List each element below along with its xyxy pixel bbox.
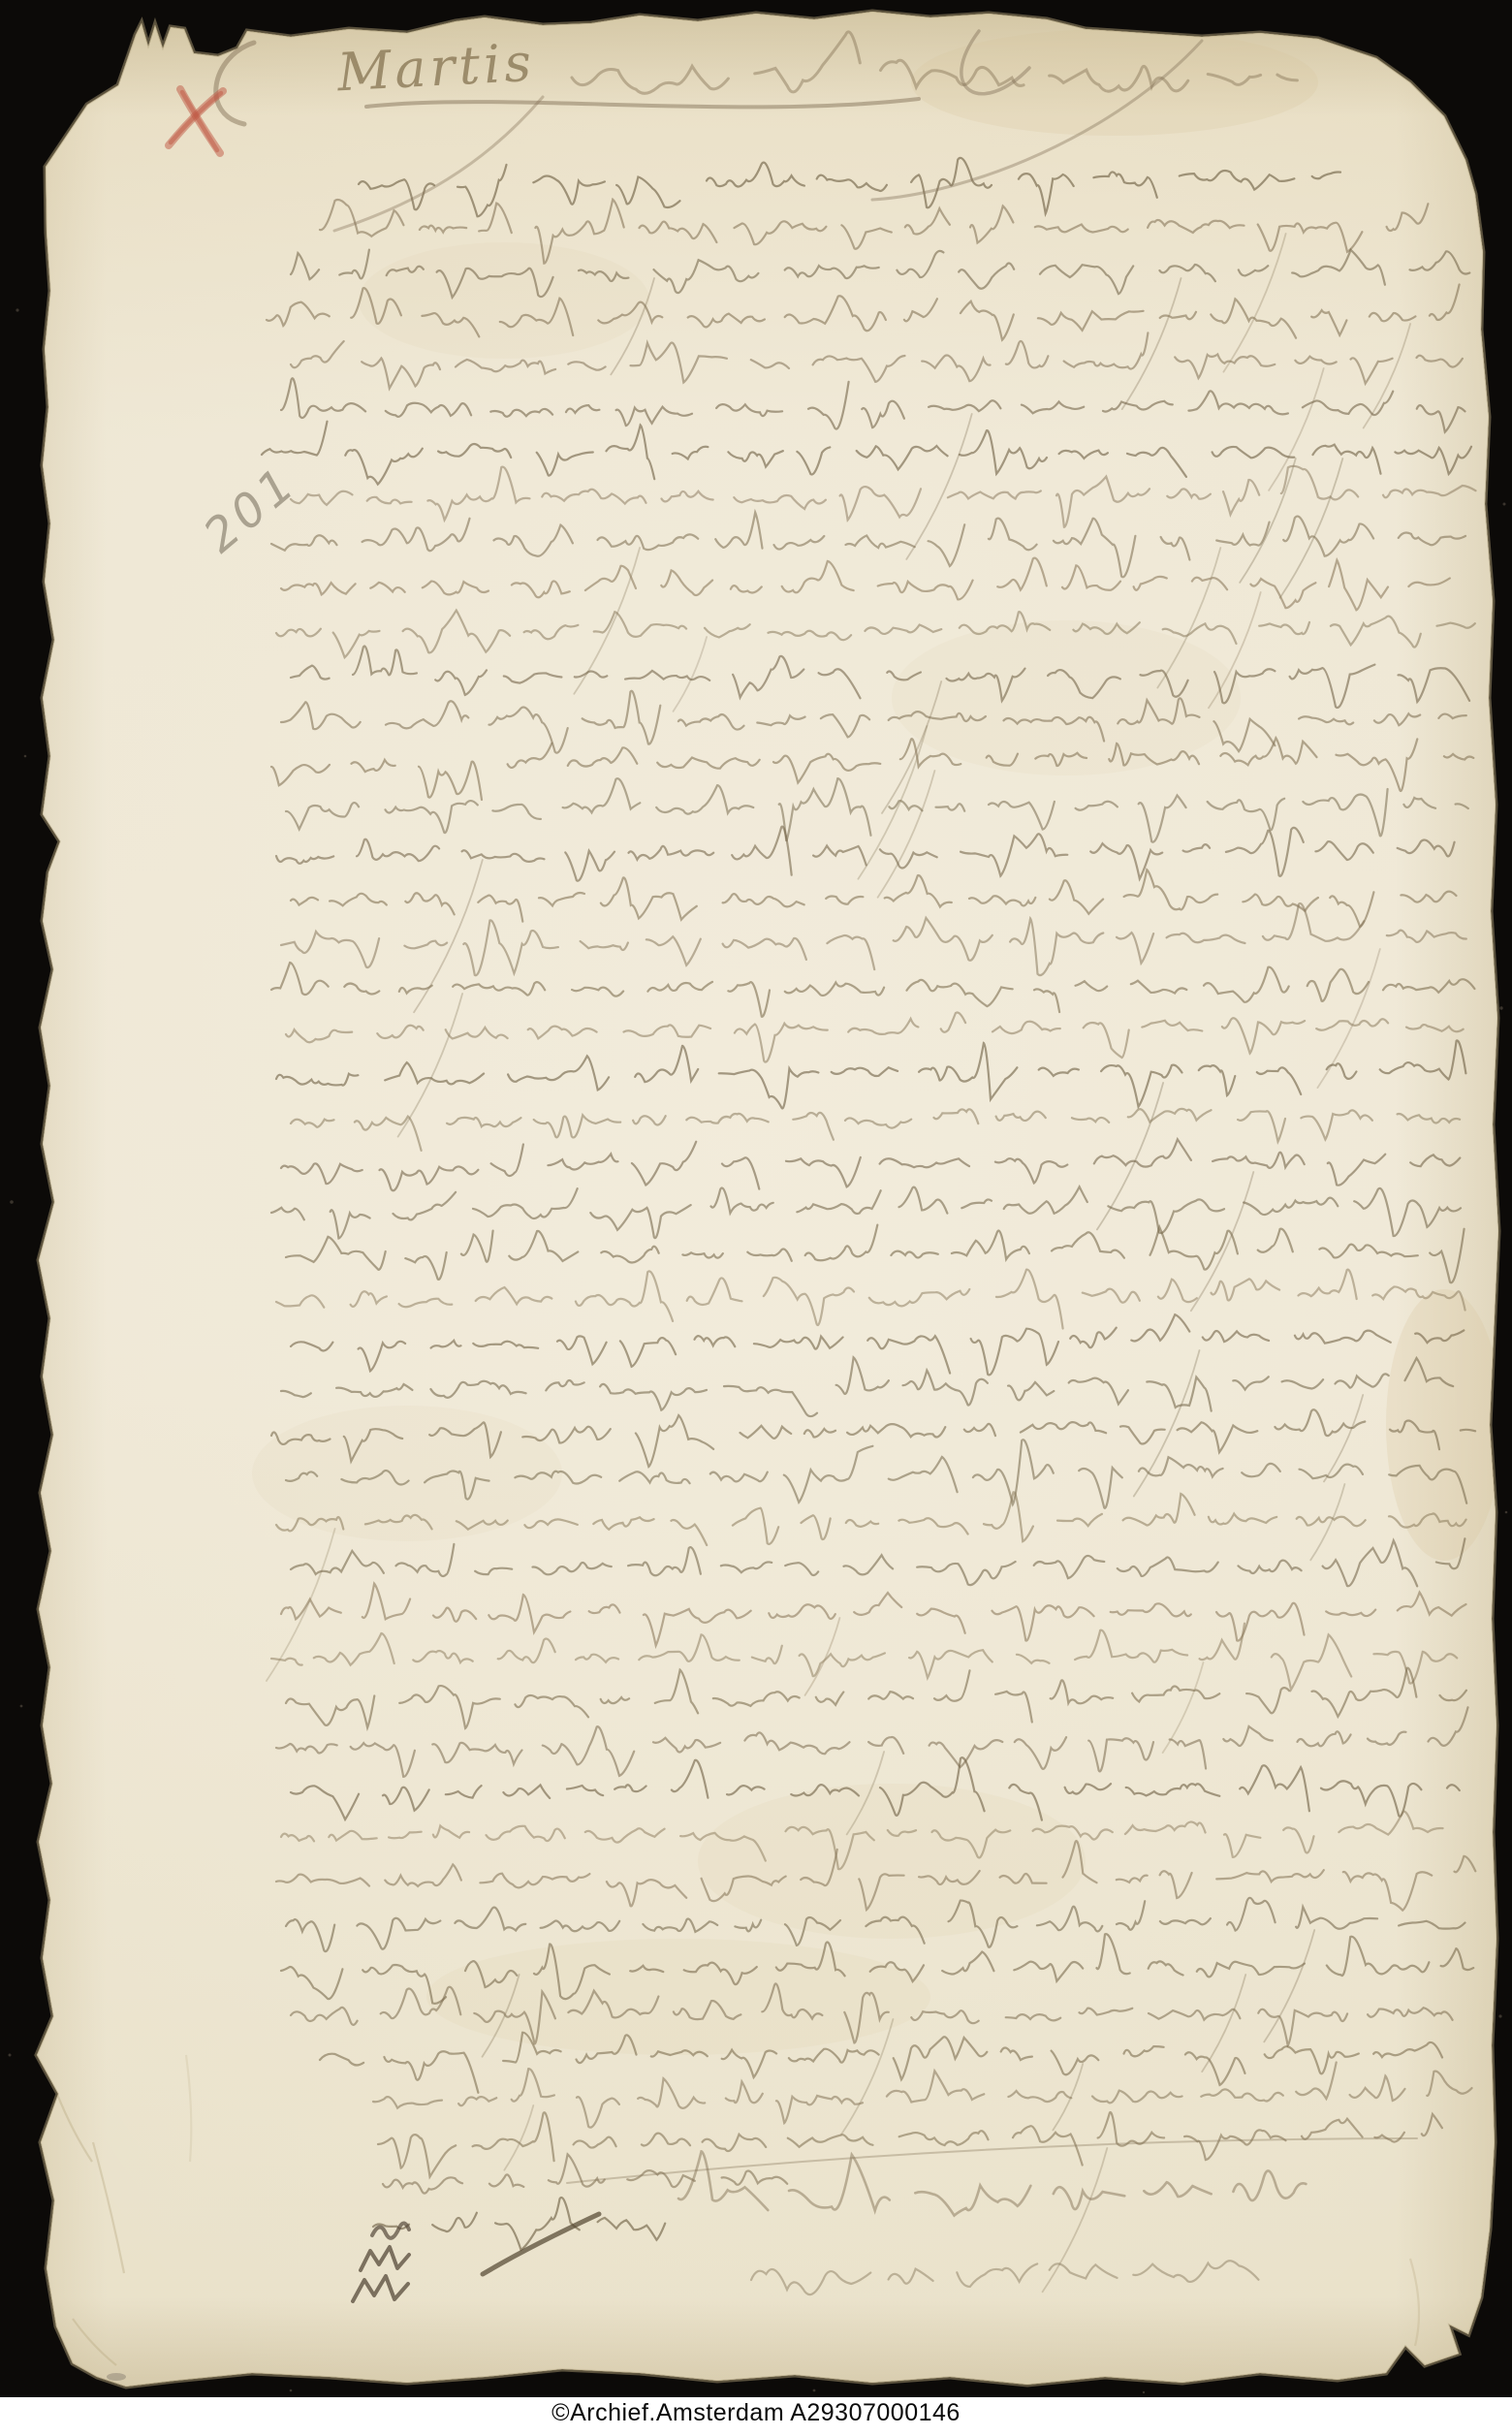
- manuscript-photo-svg: Martis 201: [0, 0, 1512, 2397]
- caption-bar: ©Archief.Amsterdam A29307000146: [0, 2397, 1512, 2436]
- heading-martis: Martis: [334, 32, 536, 104]
- archival-photo: Martis 201: [0, 0, 1512, 2397]
- caption-text: ©Archief.Amsterdam A29307000146: [551, 2397, 961, 2428]
